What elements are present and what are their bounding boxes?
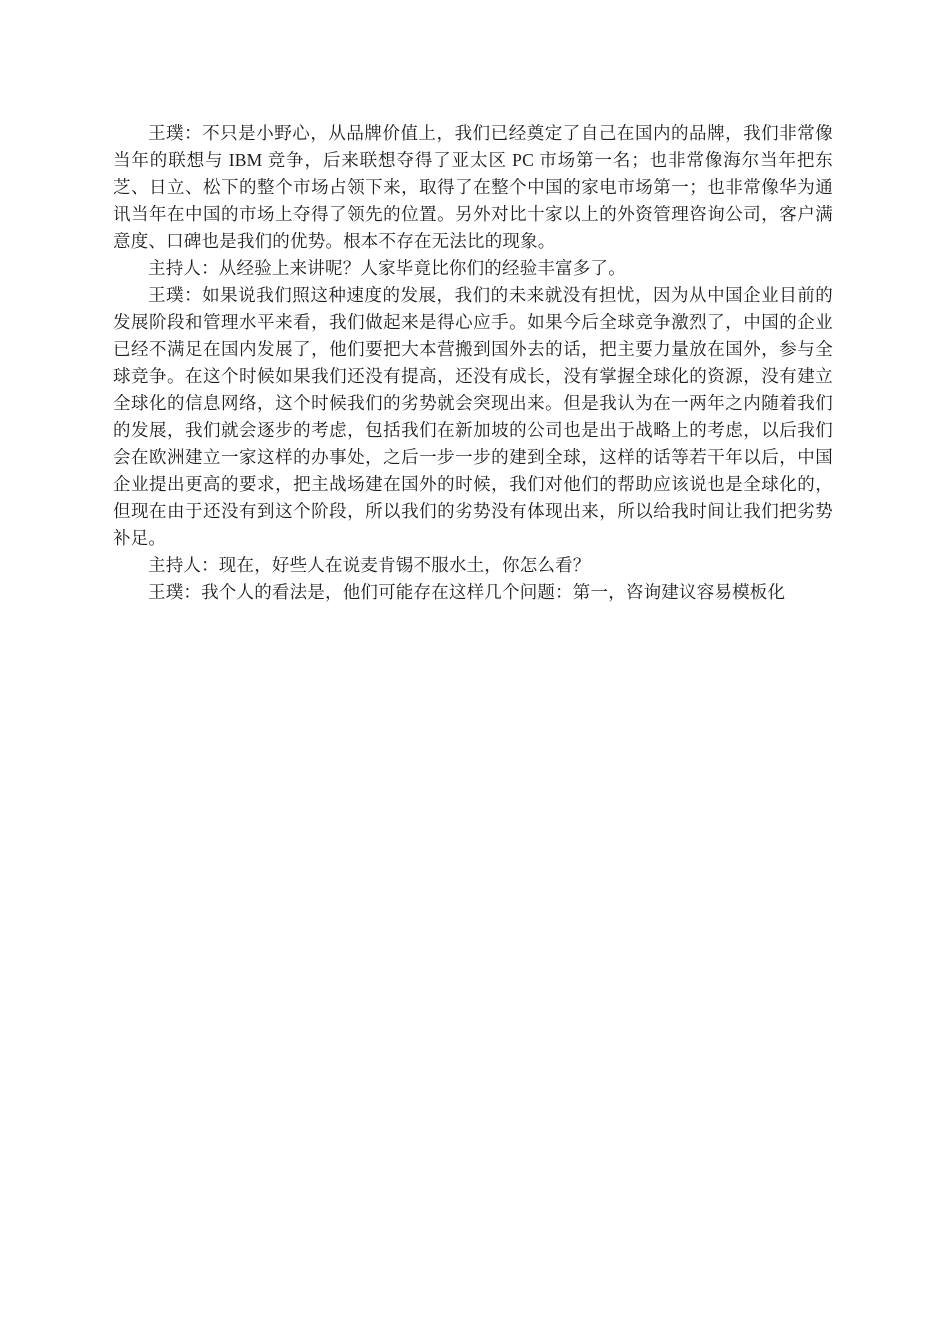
dialogue-paragraph-wangpu-1: 王璞：不只是小野心，从品牌价值上，我们已经奠定了自己在国内的品牌，我们非常像当年… — [113, 120, 833, 255]
document-page: 王璞：不只是小野心，从品牌价值上，我们已经奠定了自己在国内的品牌，我们非常像当年… — [0, 0, 950, 1344]
dialogue-paragraph-wangpu-3: 王璞：我个人的看法是，他们可能存在这样几个问题：第一，咨询建议容易模板化 — [113, 579, 833, 606]
document-body: 王璞：不只是小野心，从品牌价值上，我们已经奠定了自己在国内的品牌，我们非常像当年… — [113, 120, 833, 606]
dialogue-paragraph-wangpu-2: 王璞：如果说我们照这种速度的发展，我们的未来就没有担忧，因为从中国企业目前的发展… — [113, 282, 833, 552]
dialogue-paragraph-host-2: 主持人：现在，好些人在说麦肯锡不服水土，你怎么看？ — [113, 552, 833, 579]
dialogue-paragraph-host-1: 主持人：从经验上来讲呢？人家毕竟比你们的经验丰富多了。 — [113, 255, 833, 282]
